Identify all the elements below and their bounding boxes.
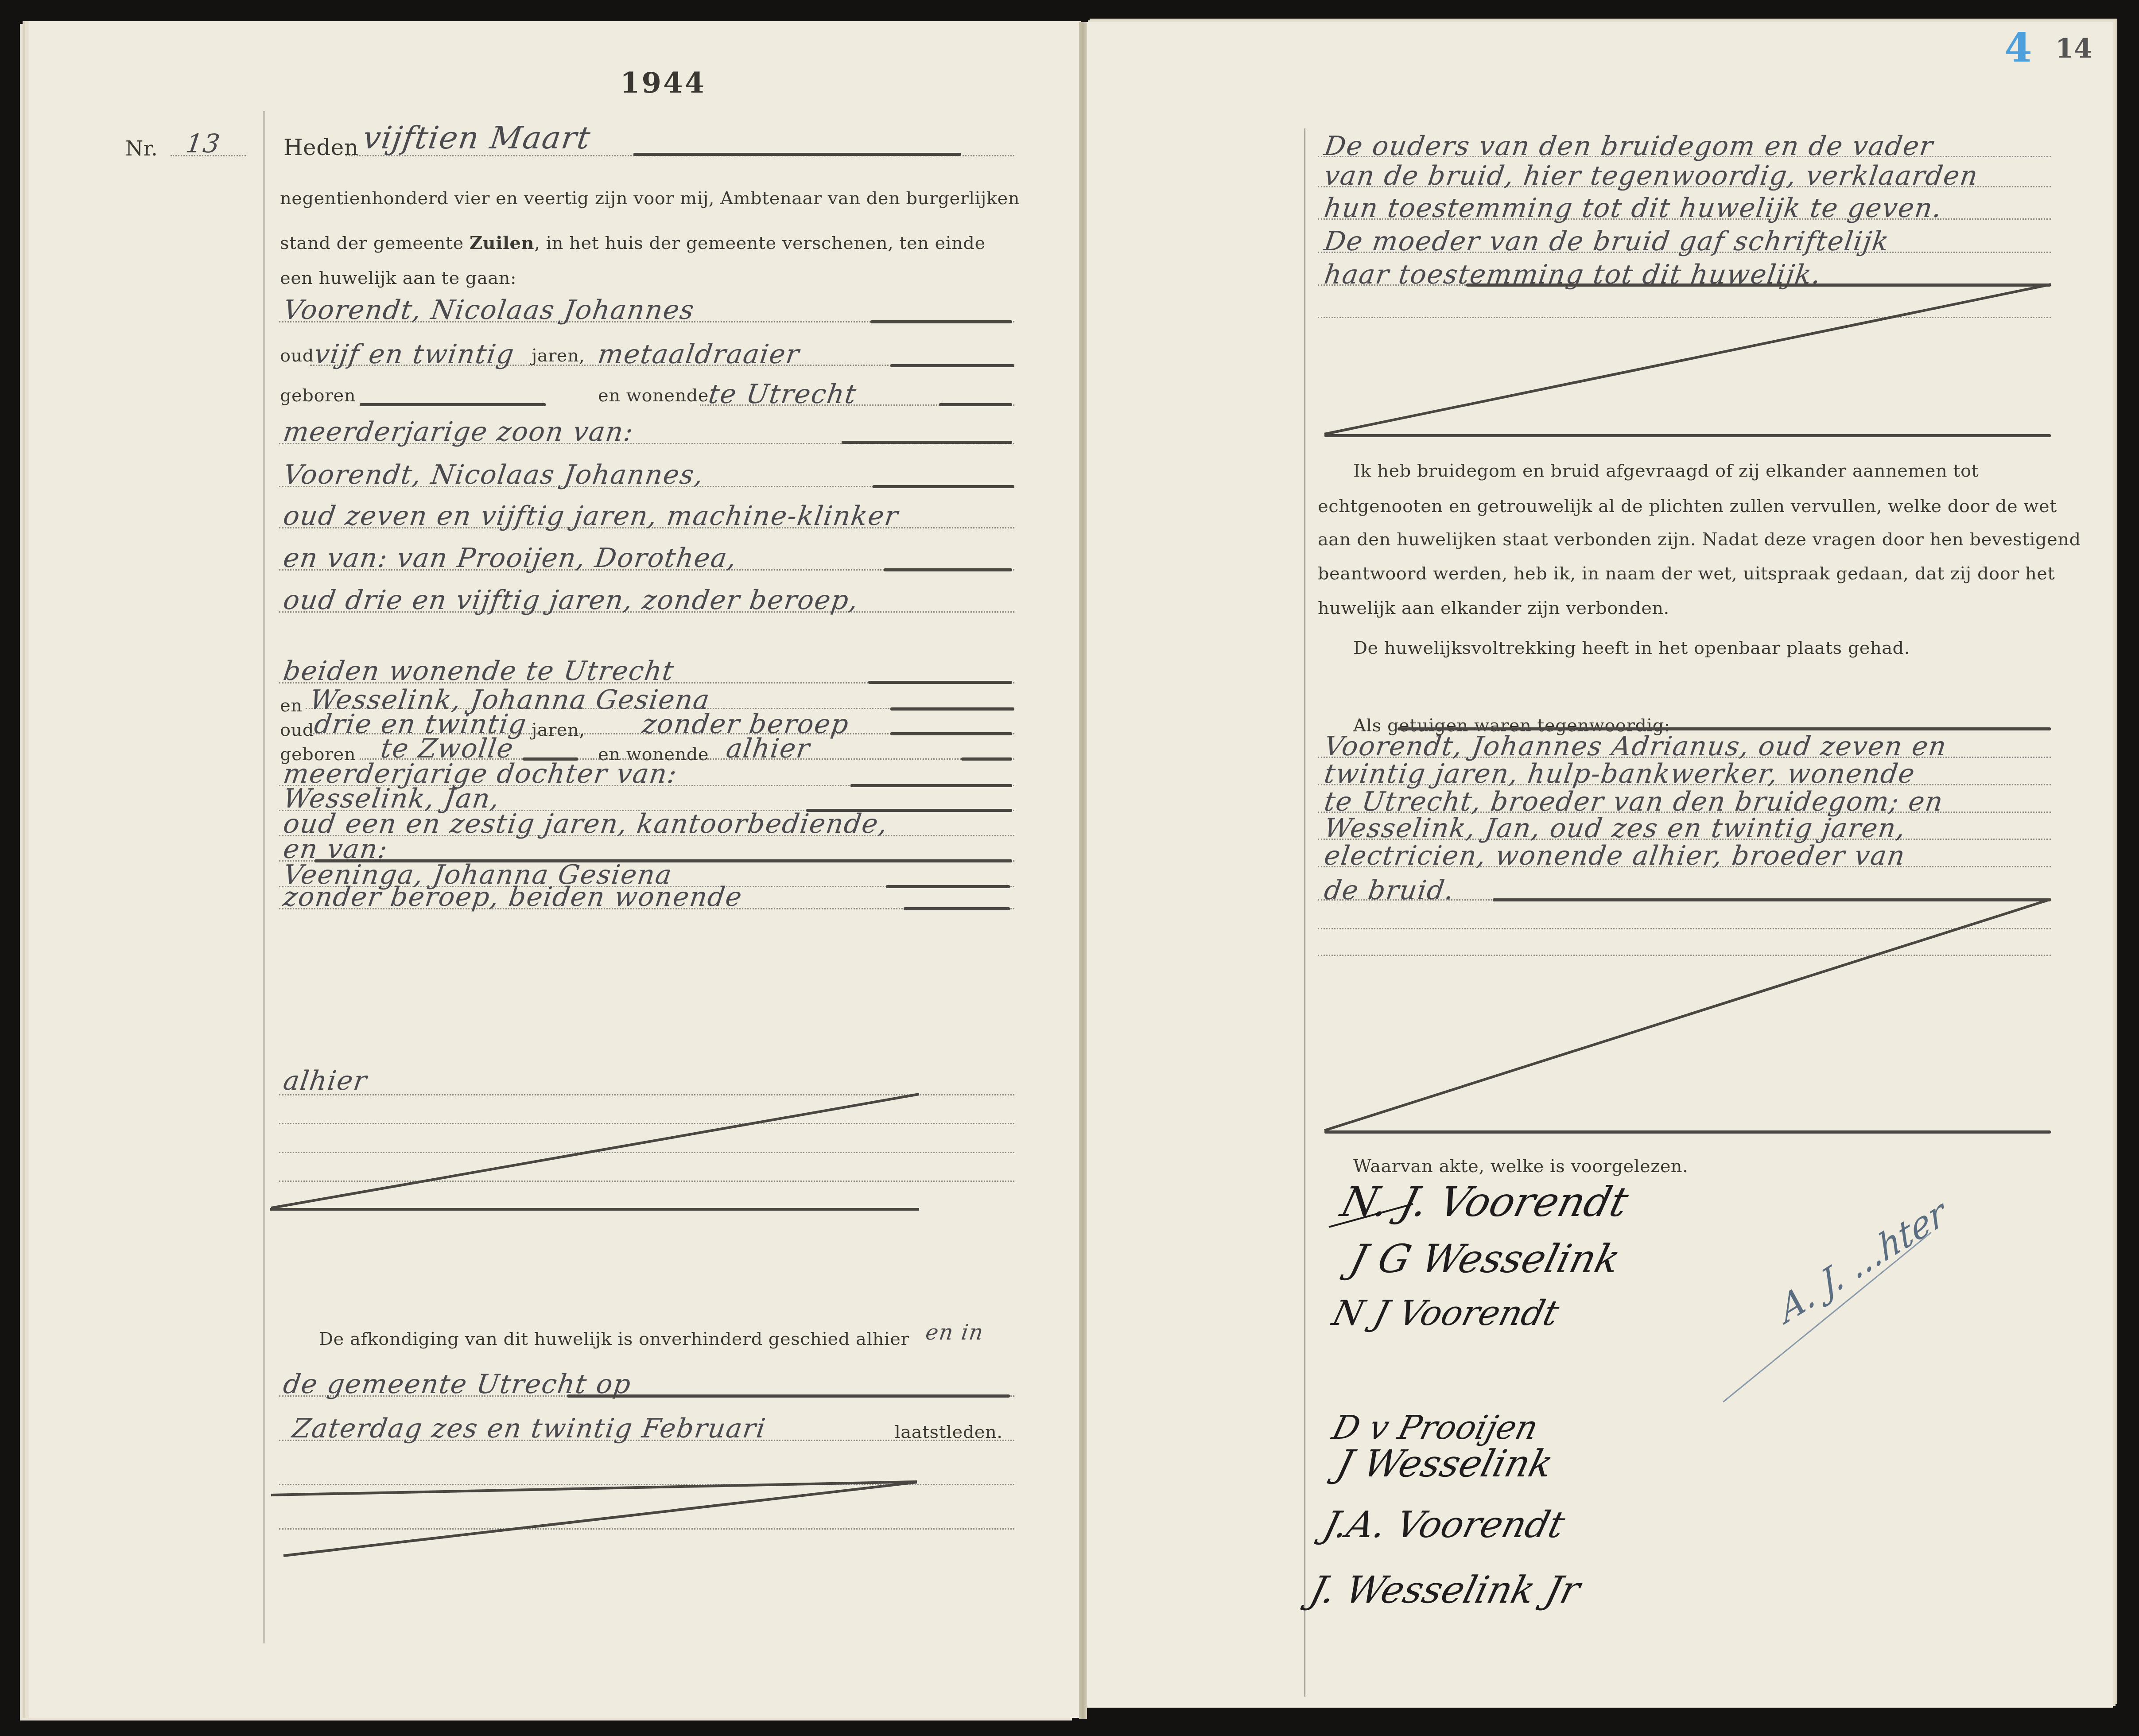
registrar-flourish <box>1723 1232 1931 1402</box>
left-cancel-stroke-1 <box>271 1094 919 1208</box>
right-cancel-stroke-2 <box>1324 899 2051 1130</box>
strike-lines <box>0 0 2139 1736</box>
right-cancel-stroke-1 <box>1324 284 2051 434</box>
